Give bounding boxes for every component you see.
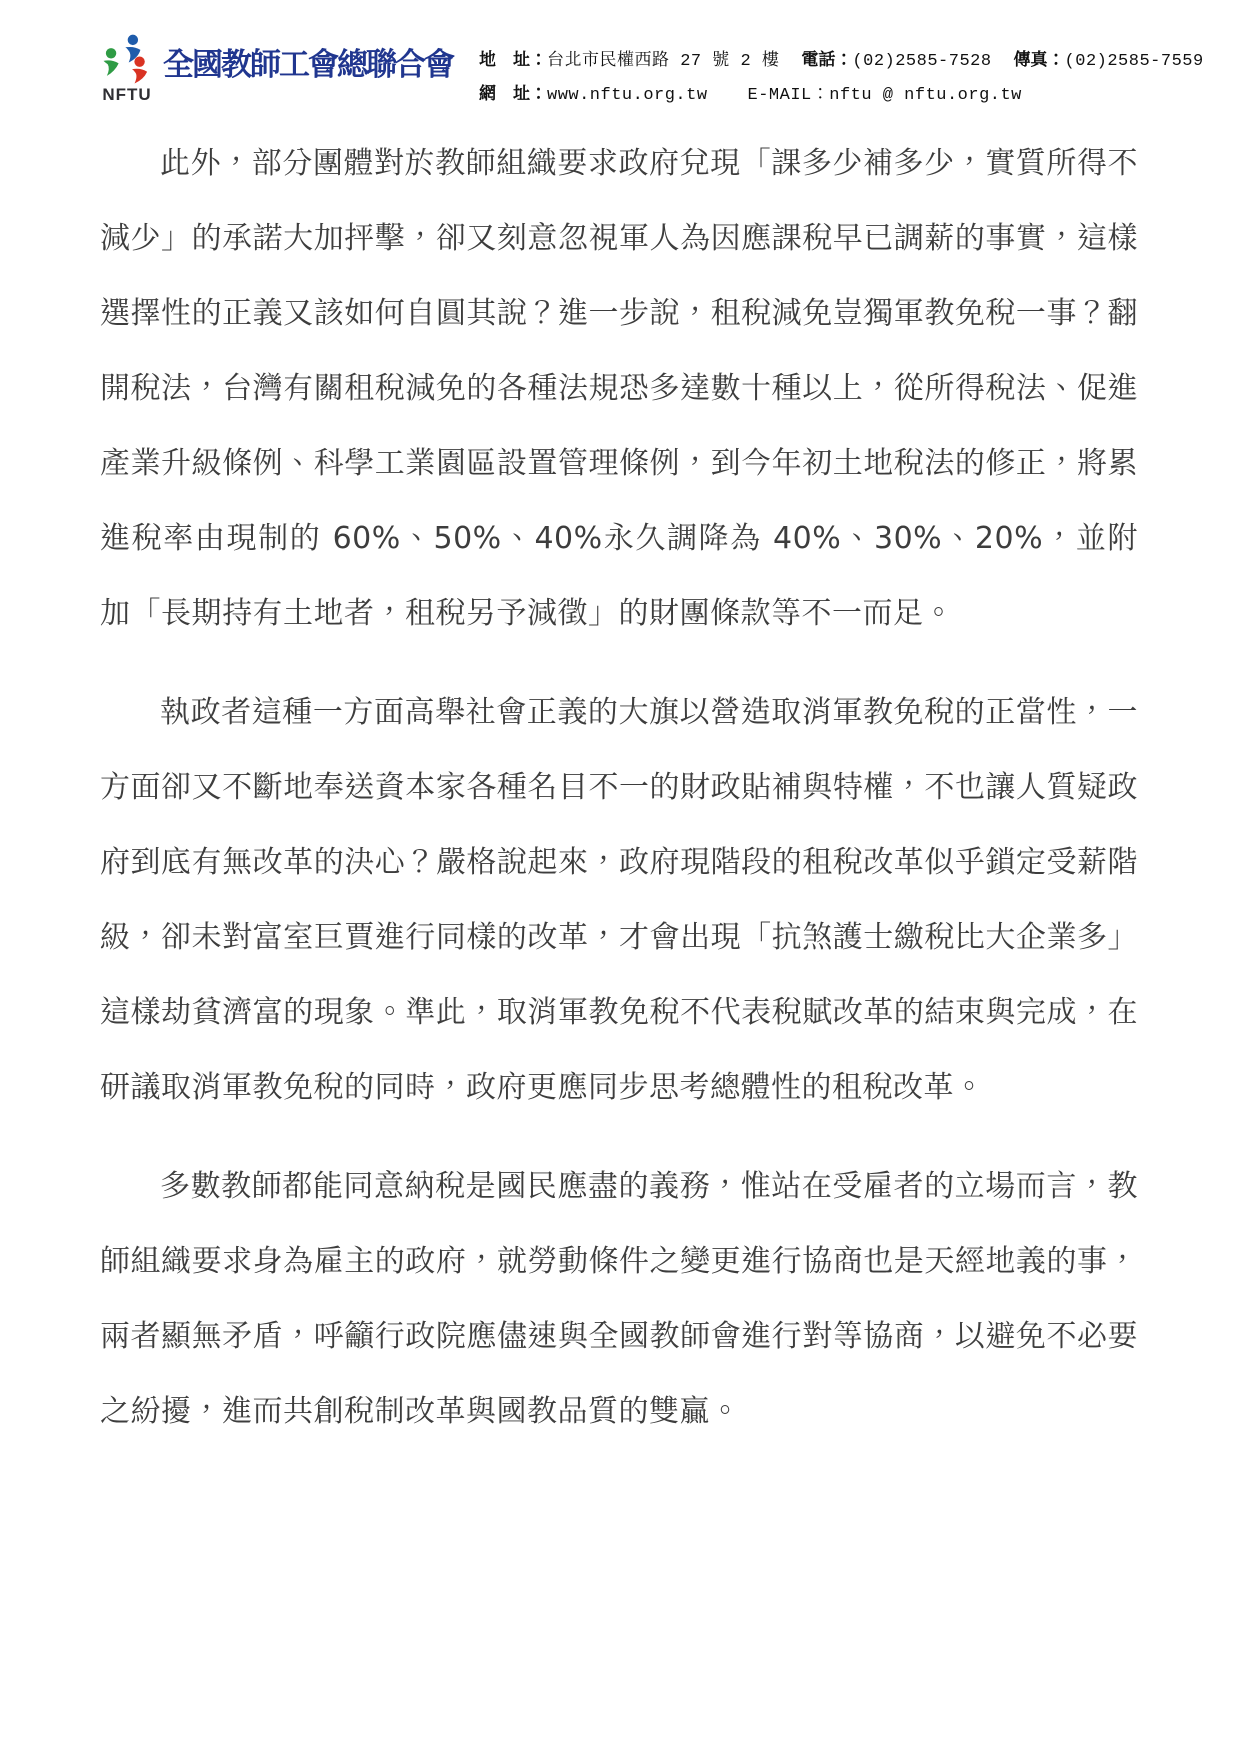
nftu-three-figures-icon xyxy=(100,34,154,86)
fax-value: (02)2585-7559 xyxy=(1065,45,1204,78)
phone-value: (02)2585-7528 xyxy=(852,45,991,78)
email-value: nftu @ nftu.org.tw xyxy=(829,79,1022,112)
contact-row-1: 地 址： 台北市民權西路 27 號 2 樓 電話： (02)2585-7528 … xyxy=(479,44,1204,78)
contact-block: 地 址： 台北市民權西路 27 號 2 樓 電話： (02)2585-7528 … xyxy=(479,34,1204,112)
address-label: 地 址： xyxy=(479,44,547,77)
website-value: www.nftu.org.tw xyxy=(547,79,708,112)
paragraph-2: 執政者這種一方面高舉社會正義的大旗以營造取消軍教免稅的正當性，一方面卻又不斷地奉… xyxy=(100,675,1138,1125)
fax-label: 傳真： xyxy=(1014,44,1065,77)
letter-page: NFTU 全國教師工會總聯合會 地 址： 台北市民權西路 27 號 2 樓 電話… xyxy=(0,0,1240,1754)
address-value: 台北市民權西路 27 號 2 樓 xyxy=(547,45,779,78)
email-label: E-MAIL： xyxy=(748,79,830,112)
website-label: 網 址： xyxy=(479,78,547,111)
phone-label: 電話： xyxy=(801,44,852,77)
paragraph-3: 多數教師都能同意納稅是國民應盡的義務，惟站在受雇者的立場而言，教師組織要求身為雇… xyxy=(100,1149,1138,1449)
nftu-acronym: NFTU xyxy=(102,86,151,104)
contact-row-2: 網 址： www.nftu.org.tw E-MAIL： nftu @ nftu… xyxy=(479,78,1204,112)
paragraph-1: 此外，部分團體對於教師組織要求政府兌現「課多少補多少，實質所得不減少」的承諾大加… xyxy=(100,126,1138,651)
nftu-logo: NFTU xyxy=(95,34,159,104)
document-body: 此外，部分團體對於教師組織要求政府兌現「課多少補多少，實質所得不減少」的承諾大加… xyxy=(0,112,1240,1449)
letterhead: NFTU 全國教師工會總聯合會 地 址： 台北市民權西路 27 號 2 樓 電話… xyxy=(0,0,1240,112)
organization-title: 全國教師工會總聯合會 xyxy=(163,34,453,96)
